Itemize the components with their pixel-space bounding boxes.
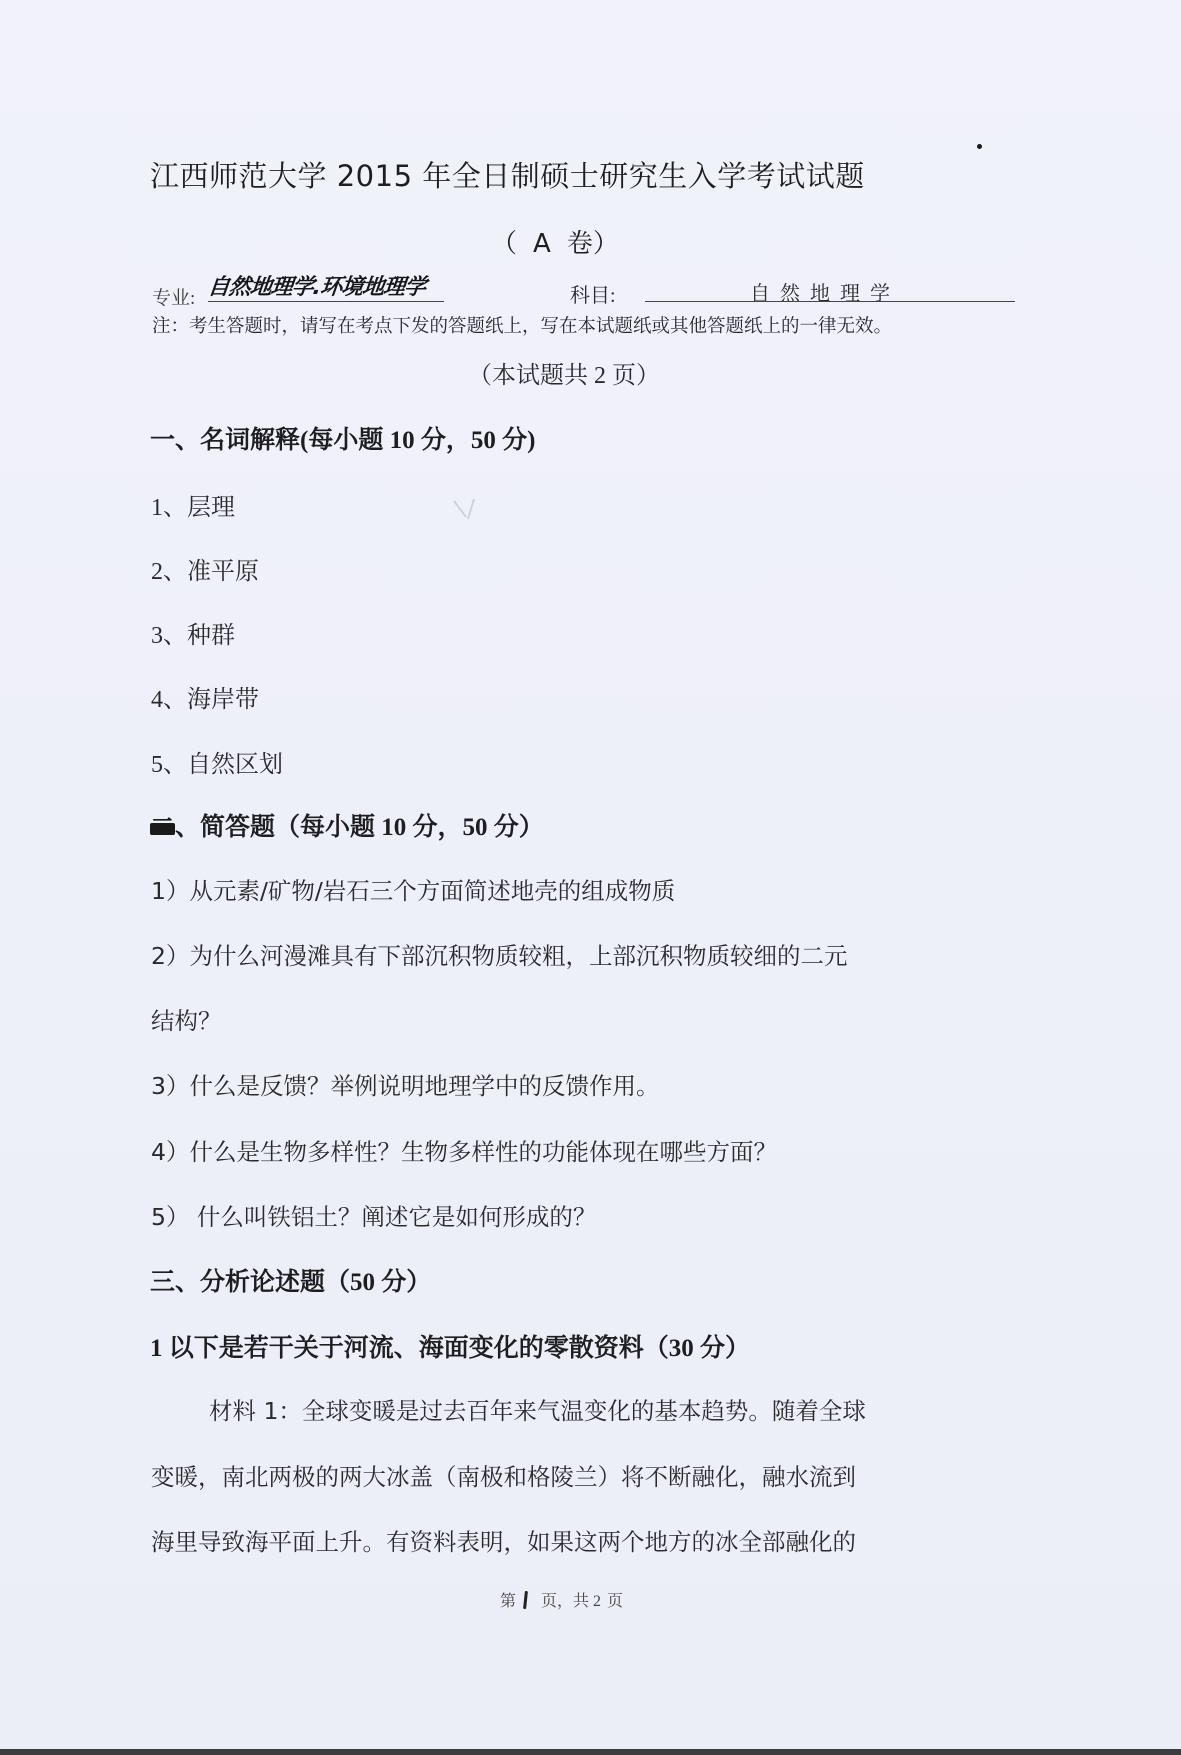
section-1-heading: 一、名词解释(每小题 10 分，50 分)	[150, 420, 535, 456]
section-2-numeral-marked: 二	[150, 823, 175, 835]
material-1-line-2: 变暖，南北两极的两大冰盖（南极和格陵兰）将不断融化，融水流到	[151, 1458, 856, 1492]
page-footer: 第页，共 2页	[500, 1588, 623, 1611]
short-answer-5: 5） 什么叫铁铝土？阐述它是如何形成的？	[151, 1198, 596, 1232]
section-3-heading: 三、分析论述题（50 分）	[150, 1262, 431, 1298]
major-underline	[208, 301, 444, 302]
variant-letter: A	[533, 229, 551, 259]
term-item-4: 4、海岸带	[151, 679, 259, 714]
term-item-1: 1、层理	[151, 487, 235, 522]
ink-dot-mark	[977, 144, 982, 149]
exam-note: 注：考生答题时，请写在考点下发的答题纸上，写在本试题纸或其他答题纸上的一律无效。	[152, 312, 892, 338]
section-2-heading: 二、简答题（每小题 10 分，50 分）	[150, 807, 544, 843]
exam-page: 江西师范大学 2015 年全日制硕士研究生入学考试试题 （A卷） 专业: 自然地…	[0, 0, 1181, 1749]
term-item-3: 3、种群	[151, 615, 235, 650]
scan-bottom-edge	[0, 1749, 1181, 1755]
section-2-heading-text: 、简答题（每小题 10 分，50 分）	[175, 814, 544, 841]
scan-smudge	[452, 497, 492, 523]
variant-label: 卷）	[567, 229, 619, 259]
term-item-2: 2、准平原	[151, 551, 259, 586]
exam-title: 江西师范大学 2015 年全日制硕士研究生入学考试试题	[150, 154, 865, 195]
page-count: （本试题共 2 页）	[468, 355, 660, 390]
short-answer-3: 3）什么是反馈？举例说明地理学中的反馈作用。	[151, 1067, 659, 1101]
footer-suffix: 页	[607, 1593, 623, 1610]
short-answer-2-cont: 结构？	[151, 1002, 222, 1036]
essay-question-1: 1 以下是若干关于河流、海面变化的零散资料（30 分）	[150, 1328, 750, 1364]
short-answer-4: 4）什么是生物多样性？生物多样性的功能体现在哪些方面？	[151, 1133, 777, 1167]
paren-open: （	[491, 229, 517, 259]
subject-underline	[645, 301, 1015, 302]
paper-variant: （A卷）	[483, 223, 627, 260]
material-1-line-3: 海里导致海平面上升。有资料表明，如果这两个地方的冰全部融化的	[151, 1523, 856, 1557]
major-value-handwritten: 自然地理学.环境地理学	[206, 270, 449, 301]
major-label: 专业:	[152, 283, 195, 310]
footer-middle: 页，共 2	[541, 1593, 601, 1610]
handwritten-page-number	[523, 1591, 528, 1609]
term-item-5: 5、自然区划	[151, 744, 283, 779]
footer-prefix: 第	[500, 1593, 516, 1610]
material-1-line-1: 材料 1：全球变暖是过去百年来气温变化的基本趋势。随着全球	[209, 1392, 866, 1426]
short-answer-2: 2）为什么河漫滩具有下部沉积物质较粗，上部沉积物质较细的二元	[151, 937, 847, 971]
short-answer-1: 1）从元素/矿物/岩石三个方面简述地壳的组成物质	[151, 872, 675, 906]
subject-label: 科目:	[570, 279, 616, 308]
